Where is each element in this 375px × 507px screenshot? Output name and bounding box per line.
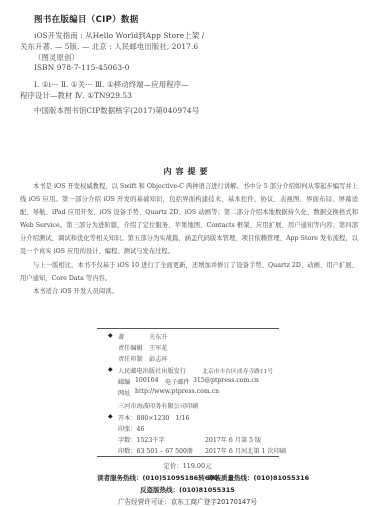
bullet-icon: ◆ (108, 413, 113, 420)
author-name: 关东升 (149, 332, 168, 341)
cip-line-title: iOS开发指南 : 从Hello World到App Store上架 / (34, 30, 204, 41)
edition: 2017年 6 月第 5 版 (205, 435, 261, 444)
website-value: http://www.ptpress.com.cn (135, 388, 219, 395)
bullet-icon: ◆ (108, 332, 113, 339)
copies: 印数：63 501 – 67 500册 (118, 446, 193, 455)
summary-paragraph-2: 与上一版相比，本书不仅基于 iOS 10 进行了全面更新，还增加并修订了设备手势… (20, 259, 358, 285)
words: 字数：1523千字 (118, 435, 165, 444)
summary-title: 内容提要 (0, 166, 375, 177)
cip-line-catalog-number: 中国版本图书馆CIP数据核字(2017)第040974号 (34, 105, 199, 116)
summary-paragraph-3-text: 本书适合 iOS 开发人员阅读。 (33, 288, 118, 295)
summary-paragraph-2-text: 与上一版相比，本书不仅基于 iOS 10 进行了全面更新，还增加并修订了设备手势… (20, 262, 358, 282)
summary-paragraph-1: 本书是 iOS 开发权威教程，以 Swift 和 Objective-C 两种语… (20, 180, 358, 259)
printing-name: 彭志环 (149, 354, 168, 363)
divider-bottom (97, 456, 279, 457)
editor-name: 王军花 (149, 343, 168, 352)
ad-license: 广告经营许可证：京东工商广登字20170147号 (0, 496, 375, 506)
summary-paragraph-1-text: 本书是 iOS 开发权威教程，以 Swift 和 Objective-C 两种语… (20, 183, 358, 255)
bullet-icon: ◆ (108, 366, 113, 373)
postcode-label: 邮编 (118, 377, 130, 386)
cip-line-author: 关东升著. — 5版. — 北京 : 人民邮电出版社, 2017.6 (20, 41, 198, 52)
cip-line-series: （图灵原创） (34, 52, 79, 63)
publisher-address: 北京市丰台区成寿寺路11号 (202, 366, 273, 375)
publisher: 人民邮电出版社出版发行 (118, 366, 186, 375)
reader-hotline: 读者服务热线：(010)51095186转600 (97, 473, 218, 482)
cip-line-classification: Ⅰ. ①i··· Ⅱ. ①关··· Ⅲ. ①移动终端—应用程序— (34, 79, 189, 90)
postcode-value: 100164 (135, 377, 159, 384)
printer: 三河市海波印务有限公司印刷 (118, 401, 198, 410)
sheets: 印张：46 (118, 424, 144, 433)
summary-paragraph-3: 本书适合 iOS 开发人员阅读。 (20, 285, 358, 298)
editor-label: 责任编辑 (118, 343, 143, 352)
website-label: 网址 (118, 388, 130, 397)
email-value: 315@ptpress.com.cn (193, 377, 259, 384)
email-label: 电子邮件 (165, 377, 190, 386)
piracy-hotline: 反盗版热线：(010)81055315 (0, 485, 375, 494)
divider-top (97, 328, 279, 329)
format: 开本：880×1230 1/16 (118, 413, 189, 422)
quality-hotline: 印装质量热线：(010)81055316 (208, 473, 309, 482)
print-run: 2017年 6 月河北第 1 次印刷 (205, 446, 286, 455)
cip-line-isbn: ISBN 978-7-115-45063-0 (34, 63, 130, 72)
printing-label: 责任印制 (118, 354, 143, 363)
author-label: 著 (118, 332, 124, 341)
cip-line-classification-cont: 程序设计—教材 Ⅳ. ①TN929.53 (20, 90, 132, 101)
cip-title: 图书在版编目（CIP）数据 (34, 13, 139, 25)
price: 定价：119.00元 (0, 461, 375, 470)
